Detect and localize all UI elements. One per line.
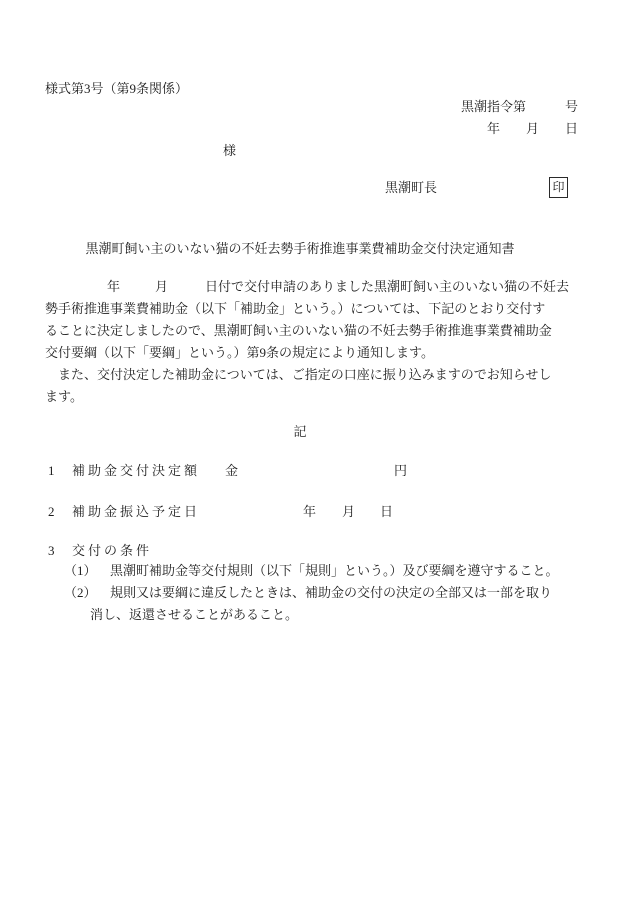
body-line-1-text: 日付で交付申請のありました黒潮町飼い主のいない猫の不妊去 [205,278,569,295]
item-1-label: 補助金交付決定額 [72,462,200,479]
transfer-day-label: 日 [380,503,393,520]
condition-2-number: （2） [64,584,97,601]
item-3-number: 3 [48,542,55,559]
condition-1-text: 黒潮町補助金等交付規則（以下「規則」という。）及び要綱を遵守すること。 [110,562,559,579]
body-line-4: 交付要綱（以下「要綱」という。）第9条の規定により通知します。 [45,344,434,361]
application-date-year-label: 年 [107,278,120,295]
sender-title: 黒潮町長 [385,179,437,196]
amount-prefix: 金 [225,462,238,479]
item-3-label: 交付の条件 [72,542,152,559]
transfer-year-label: 年 [303,503,316,520]
document-page: { "header": { "form_number": "様式第3号（第9条関… [0,0,630,903]
amount-suffix: 円 [394,462,407,479]
record-marker: 記 [0,423,600,440]
addressee-honorific: 様 [223,142,236,159]
seal-mark-box: 印 [549,177,568,198]
issue-date-line: 年 月 日 [487,120,578,137]
item-1-number: 1 [48,462,55,479]
directive-number-line: 黒潮指令第 号 [461,98,578,115]
body-line-2: 勢手術推進事業費補助金（以下「補助金」という。）については、下記のとおり交付す [45,300,545,317]
condition-2-text-line-2: 消し、返還させることがあること。 [90,606,298,623]
body-line-6: ます。 [45,388,83,405]
condition-2-text-line-1: 規則又は要綱に違反したときは、補助金の交付の決定の全部又は一部を取り [110,584,552,601]
form-number: 様式第3号（第9条関係） [45,80,188,97]
item-2-number: 2 [48,503,55,520]
body-line-5: また、交付決定した補助金については、ご指定の口座に振り込みますのでお知らせし [45,366,551,383]
item-2-label: 補助金振込予定日 [72,503,200,520]
condition-1-number: （1） [64,562,97,579]
document-title: 黒潮町飼い主のいない猫の不妊去勢手術推進事業費補助金交付決定通知書 [0,240,600,257]
seal-mark: 印 [552,180,564,194]
body-line-3: ることに決定しましたので、黒潮町飼い主のいない猫の不妊去勢手術推進事業費補助金 [45,322,552,339]
application-date-month-label: 月 [155,278,168,295]
transfer-month-label: 月 [342,503,355,520]
